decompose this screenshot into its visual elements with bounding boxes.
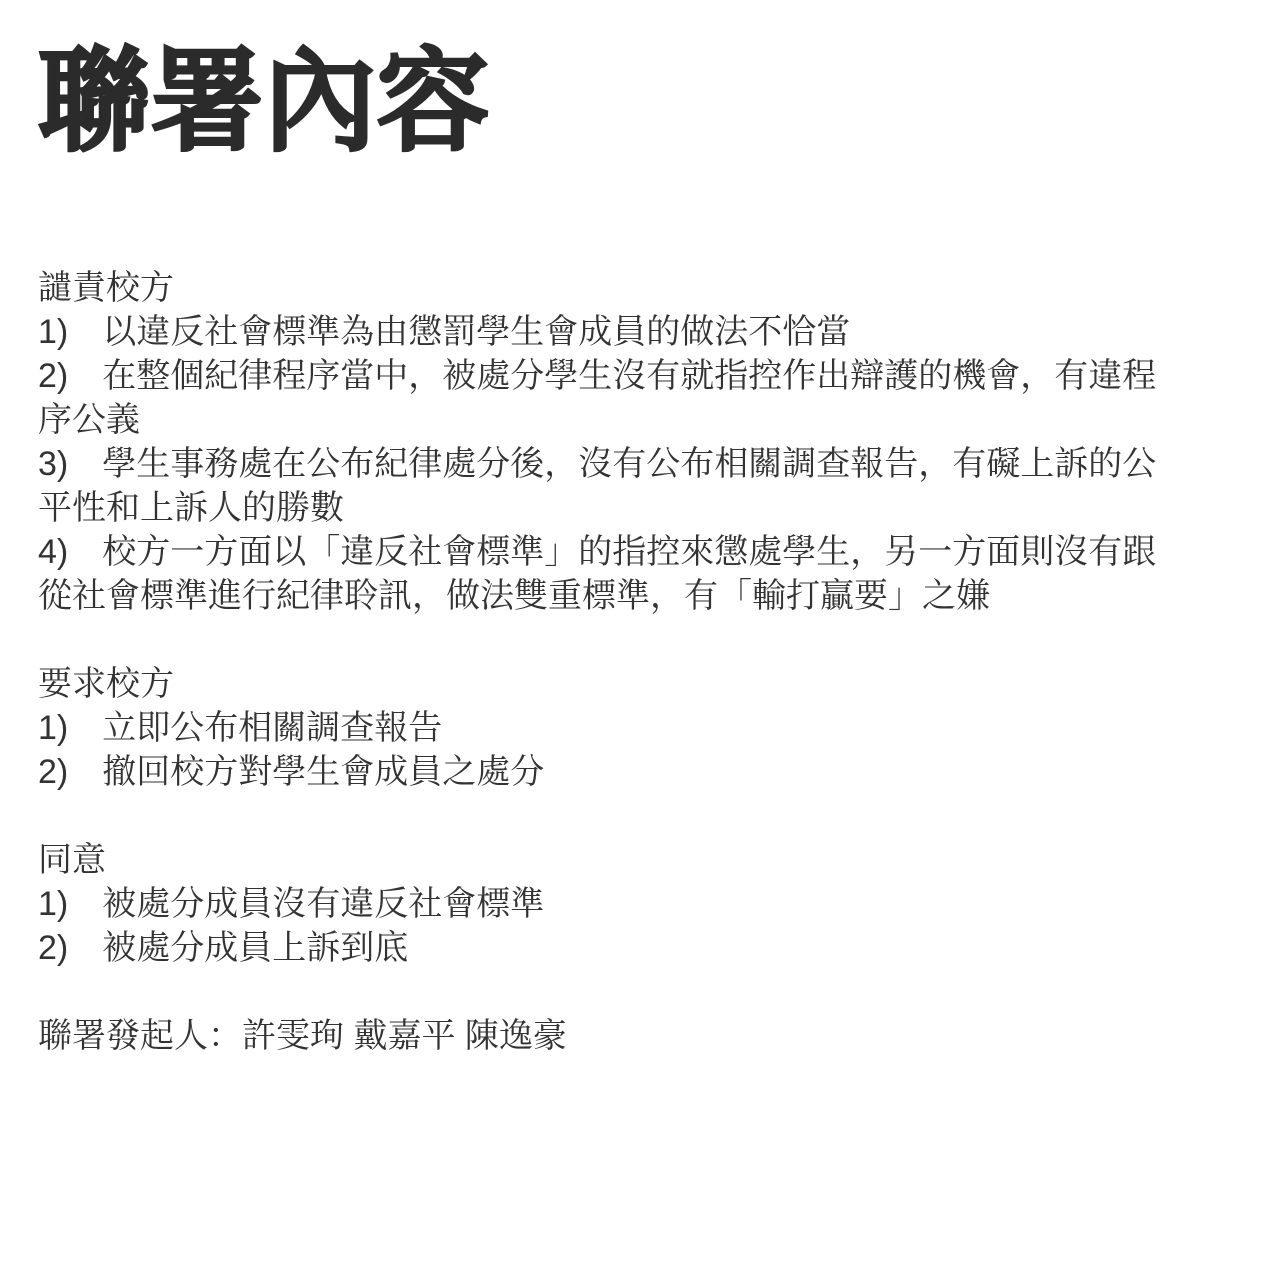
section-heading: 譴責校方 — [38, 266, 1250, 310]
body-line: 1) 立即公布相關調查報告 — [38, 706, 1250, 750]
section-demand: 要求校方1) 立即公布相關調查報告2) 撤回校方對學生會成員之處分 — [38, 662, 1250, 794]
body-line: 序公義 — [38, 398, 1250, 442]
body-line: 1) 以違反社會標準為由懲罰學生會成員的做法不恰當 — [38, 310, 1250, 354]
petition-body: 譴責校方1) 以違反社會標準為由懲罰學生會成員的做法不恰當2) 在整個紀律程序當… — [38, 266, 1250, 1058]
section-agree: 同意1) 被處分成員沒有違反社會標準2) 被處分成員上訴到底 — [38, 838, 1250, 970]
body-line: 3) 學生事務處在公布紀律處分後，沒有公布相關調查報告，有礙上訴的公 — [38, 442, 1250, 486]
petition-document: 聯署內容 譴責校方1) 以違反社會標準為由懲罰學生會成員的做法不恰當2) 在整個… — [0, 0, 1280, 1280]
section-heading: 要求校方 — [38, 662, 1250, 706]
body-line: 2) 被處分成員上訴到底 — [38, 926, 1250, 970]
body-line: 1) 被處分成員沒有違反社會標準 — [38, 882, 1250, 926]
body-line: 2) 在整個紀律程序當中，被處分學生沒有就指控作出辯護的機會，有違程 — [38, 354, 1250, 398]
body-line: 4) 校方一方面以「違反社會標準」的指控來懲處學生，另一方面則沒有跟 — [38, 530, 1250, 574]
section-heading: 同意 — [38, 838, 1250, 882]
page-title: 聯署內容 — [38, 42, 490, 163]
body-line: 平性和上訴人的勝數 — [38, 486, 1250, 530]
body-line: 從社會標準進行紀律聆訊，做法雙重標準，有「輸打贏要」之嫌 — [38, 574, 1250, 618]
initiators-line: 聯署發起人：許雯珣 戴嘉平 陳逸豪 — [38, 1014, 1250, 1058]
body-line: 2) 撤回校方對學生會成員之處分 — [38, 750, 1250, 794]
section-condemn: 譴責校方1) 以違反社會標準為由懲罰學生會成員的做法不恰當2) 在整個紀律程序當… — [38, 266, 1250, 618]
